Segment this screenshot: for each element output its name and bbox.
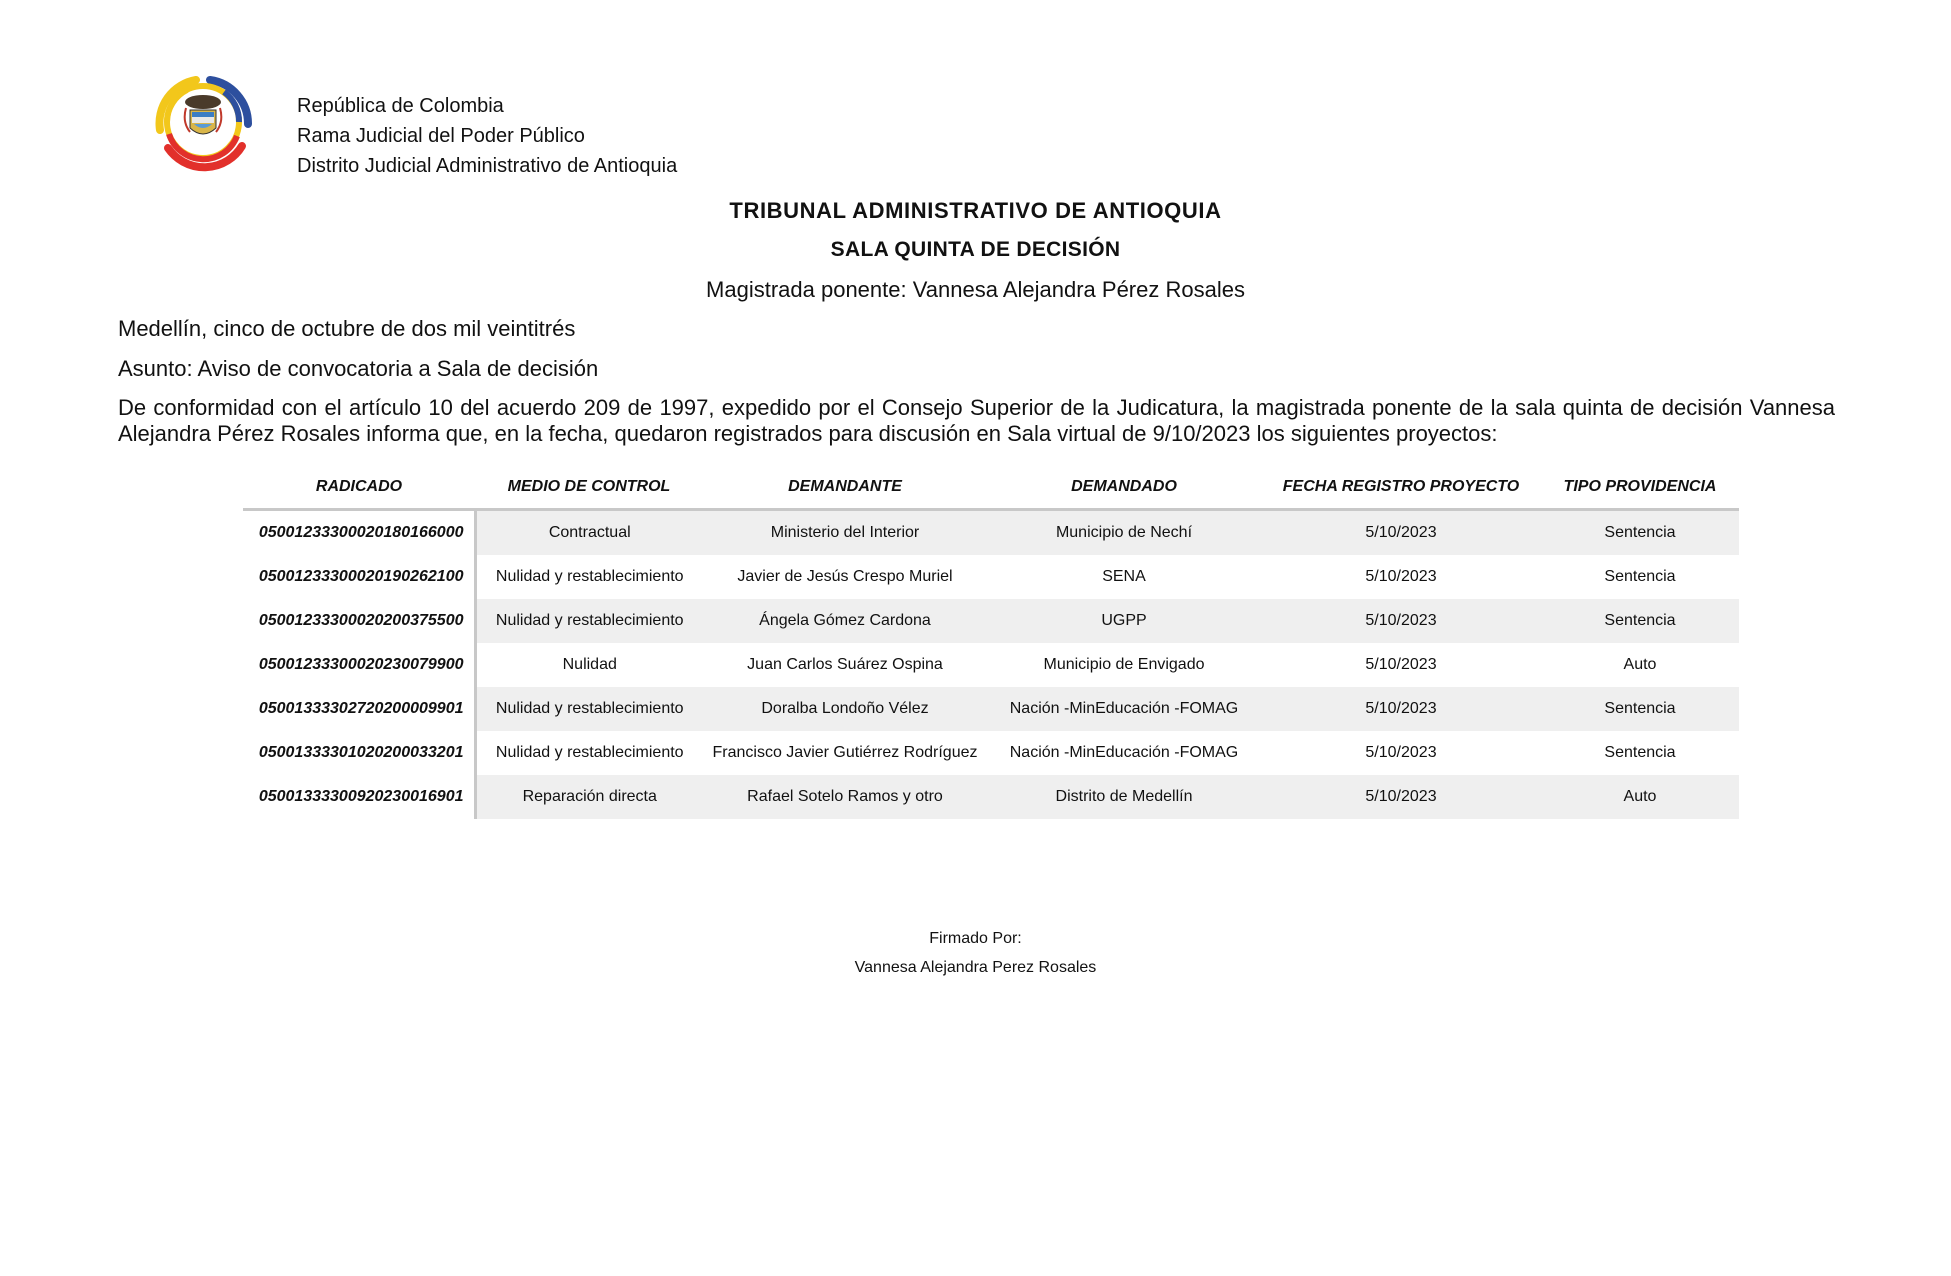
column-header-demandante: DEMANDANTE: [703, 466, 987, 510]
demandante-cell: Ministerio del Interior: [703, 510, 987, 556]
subject-line: Asunto: Aviso de convocatoria a Sala de …: [118, 356, 1835, 382]
fecha-registro-cell: 5/10/2023: [1261, 731, 1541, 775]
radicado-cell: 05001333300920230016901: [243, 775, 475, 819]
medio-de-control-cell: Nulidad: [475, 643, 703, 687]
demandante-cell: Ángela Gómez Cardona: [703, 599, 987, 643]
institution-line-branch: Rama Judicial del Poder Público: [297, 121, 677, 151]
table-row: 05001333301020200033201Nulidad y restabl…: [243, 731, 1739, 775]
medio-de-control-cell: Reparación directa: [475, 775, 703, 819]
demandante-cell: Javier de Jesús Crespo Muriel: [703, 555, 987, 599]
institution-line-country: República de Colombia: [297, 91, 677, 121]
demandante-cell: Francisco Javier Gutiérrez Rodríguez: [703, 731, 987, 775]
tipo-providencia-cell: Auto: [1541, 643, 1739, 687]
medio-de-control-cell: Nulidad y restablecimiento: [475, 599, 703, 643]
demandado-cell: Distrito de Medellín: [987, 775, 1261, 819]
tipo-providencia-cell: Sentencia: [1541, 510, 1739, 556]
projects-table: RADICADO MEDIO DE CONTROL DEMANDANTE DEM…: [243, 466, 1739, 819]
medio-de-control-cell: Nulidad y restablecimiento: [475, 555, 703, 599]
signer-name: Vannesa Alejandra Perez Rosales: [0, 959, 1951, 977]
radicado-cell: 05001233300020190262100: [243, 555, 475, 599]
demandado-cell: Nación -MinEducación -FOMAG: [987, 687, 1261, 731]
magistrate-line: Magistrada ponente: Vannesa Alejandra Pé…: [0, 277, 1951, 303]
fecha-registro-cell: 5/10/2023: [1261, 687, 1541, 731]
fecha-registro-cell: 5/10/2023: [1261, 555, 1541, 599]
demandante-cell: Doralba Londoño Vélez: [703, 687, 987, 731]
chamber-title: SALA QUINTA DE DECISIÓN: [0, 238, 1951, 262]
table-row: 05001333300920230016901Reparación direct…: [243, 775, 1739, 819]
fecha-registro-cell: 5/10/2023: [1261, 599, 1541, 643]
medio-de-control-cell: Contractual: [475, 510, 703, 556]
fecha-registro-cell: 5/10/2023: [1261, 775, 1541, 819]
radicado-cell: 05001233300020200375500: [243, 599, 475, 643]
table-header-row: RADICADO MEDIO DE CONTROL DEMANDANTE DEM…: [243, 466, 1739, 510]
table-row: 05001233300020180166000ContractualMinist…: [243, 510, 1739, 556]
tipo-providencia-cell: Sentencia: [1541, 731, 1739, 775]
radicado-cell: 05001233300020180166000: [243, 510, 475, 556]
radicado-cell: 05001333301020200033201: [243, 731, 475, 775]
table-row: 05001233300020200375500Nulidad y restabl…: [243, 599, 1739, 643]
tipo-providencia-cell: Sentencia: [1541, 687, 1739, 731]
table-row: 05001333302720200009901Nulidad y restabl…: [243, 687, 1739, 731]
institution-line-district: Distrito Judicial Administrativo de Anti…: [297, 151, 677, 181]
rama-judicial-seal-icon: [146, 68, 260, 176]
radicado-cell: 05001233300020230079900: [243, 643, 475, 687]
signed-by-label: Firmado Por:: [0, 930, 1951, 948]
tipo-providencia-cell: Sentencia: [1541, 555, 1739, 599]
demandado-cell: UGPP: [987, 599, 1261, 643]
medio-de-control-cell: Nulidad y restablecimiento: [475, 731, 703, 775]
body-paragraph: De conformidad con el artículo 10 del ac…: [118, 395, 1835, 447]
medio-de-control-cell: Nulidad y restablecimiento: [475, 687, 703, 731]
radicado-cell: 05001333302720200009901: [243, 687, 475, 731]
demandante-cell: Juan Carlos Suárez Ospina: [703, 643, 987, 687]
table-row: 05001233300020190262100Nulidad y restabl…: [243, 555, 1739, 599]
column-header-radicado: RADICADO: [243, 466, 475, 510]
demandado-cell: SENA: [987, 555, 1261, 599]
column-header-tipo-providencia: TIPO PROVIDENCIA: [1541, 466, 1739, 510]
table-row: 05001233300020230079900NulidadJuan Carlo…: [243, 643, 1739, 687]
tipo-providencia-cell: Sentencia: [1541, 599, 1739, 643]
date-line: Medellín, cinco de octubre de dos mil ve…: [118, 316, 1835, 342]
column-header-medio-de-control: MEDIO DE CONTROL: [475, 466, 703, 510]
fecha-registro-cell: 5/10/2023: [1261, 643, 1541, 687]
court-title: TRIBUNAL ADMINISTRATIVO DE ANTIOQUIA: [0, 198, 1951, 224]
fecha-registro-cell: 5/10/2023: [1261, 510, 1541, 556]
tipo-providencia-cell: Auto: [1541, 775, 1739, 819]
column-header-demandado: DEMANDADO: [987, 466, 1261, 510]
demandado-cell: Municipio de Nechí: [987, 510, 1261, 556]
demandado-cell: Municipio de Envigado: [987, 643, 1261, 687]
demandado-cell: Nación -MinEducación -FOMAG: [987, 731, 1261, 775]
institution-block: República de Colombia Rama Judicial del …: [297, 91, 677, 181]
column-header-fecha-registro: FECHA REGISTRO PROYECTO: [1261, 466, 1541, 510]
demandante-cell: Rafael Sotelo Ramos y otro: [703, 775, 987, 819]
